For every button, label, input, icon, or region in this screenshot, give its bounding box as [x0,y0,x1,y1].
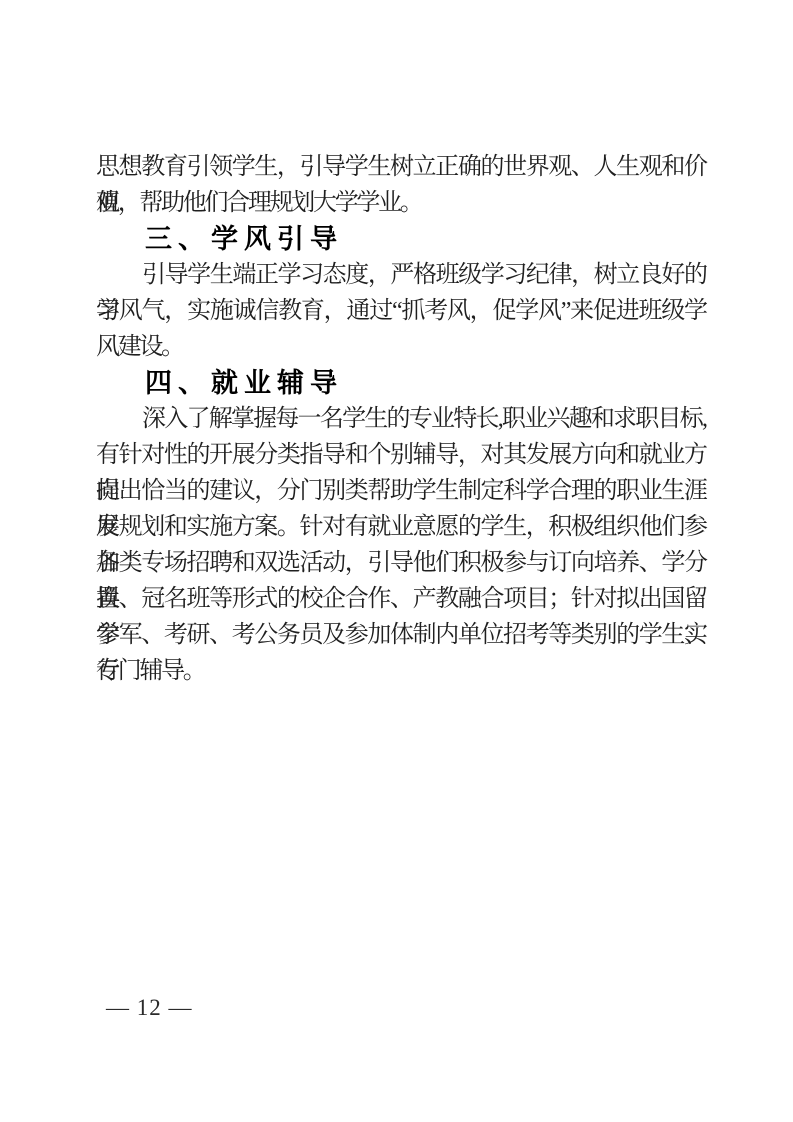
page-number: — 12 — [106,995,193,1020]
heading-line: 三、学风引导 [96,221,706,257]
document-page: 思想教育引领学生，引导学生树立正确的世界观、人生观和价值观，帮助他们合理规划大学… [0,0,793,1122]
text-line: 习风气，实施诚信教育，通过“抓考风，促学风”来促进班级学 [96,293,706,329]
text-line: 观，帮助他们合理规划大学学业。 [96,185,706,221]
page-footer: — 12 — [106,995,193,1021]
text-line: 各类专场招聘和双选活动，引导他们积极参与订向培养、学分置 [96,545,706,581]
text-line: 换、冠名班等形式的校企合作、产教融合项目；针对拟出国留学、 [96,581,706,617]
document-text: 思想教育引领学生，引导学生树立正确的世界观、人生观和价值观，帮助他们合理规划大学… [96,149,706,689]
text-line: 有针对性的开展分类指导和个别辅导，对其发展方向和就业方向 [96,437,706,473]
text-line: 风建设。 [96,329,706,365]
text-line: 引导学生端正学习态度，严格班级学习纪律，树立良好的学 [96,257,706,293]
heading-line: 四、就业辅导 [96,365,706,401]
text-line: 专门辅导。 [96,653,706,689]
text-line: 参军、考研、考公务员及参加体制内单位招考等类别的学生实行 [96,617,706,653]
text-line: 提出恰当的建议，分门别类帮助学生制定科学合理的职业生涯发 [96,473,706,509]
text-line: 展规划和实施方案。针对有就业意愿的学生，积极组织他们参加 [96,509,706,545]
text-line: 思想教育引领学生，引导学生树立正确的世界观、人生观和价值 [96,149,706,185]
text-line: 深入了解掌握每一名学生的专业特长,职业兴趣和求职目标, [96,401,706,437]
